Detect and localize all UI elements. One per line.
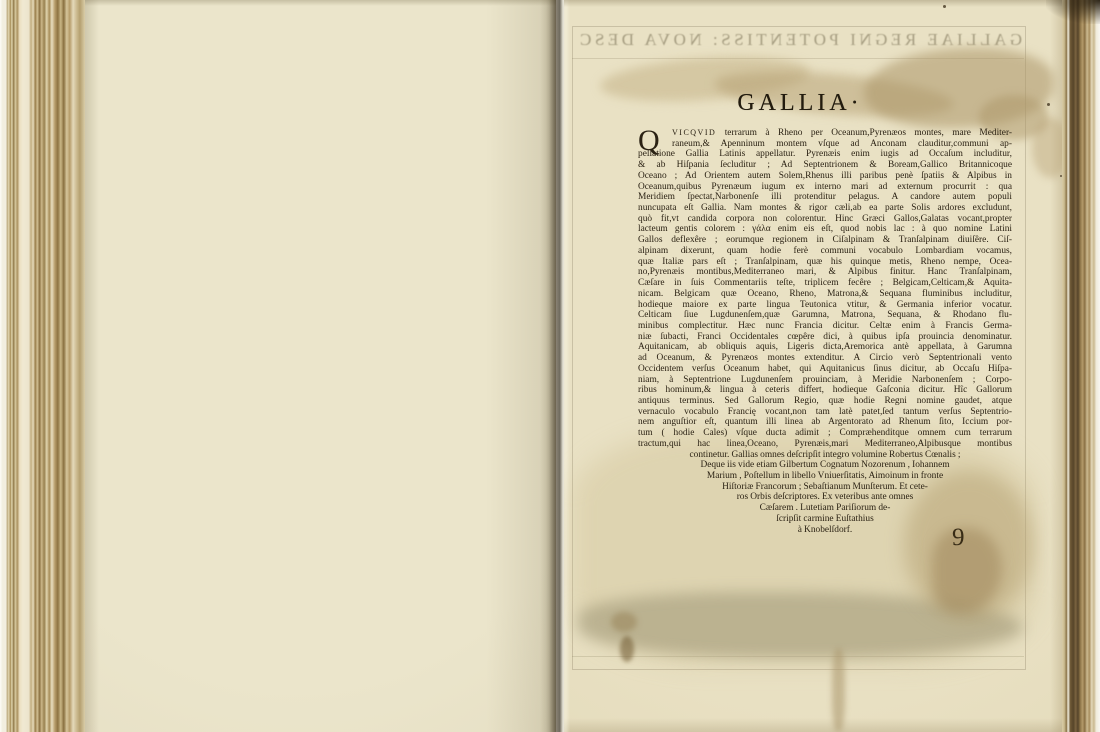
page-title: GALLIA·	[564, 90, 1036, 117]
text-line: tractum,qui hac linea,Oceano, Pyrenæis,m…	[638, 439, 1012, 450]
text-line: no,Pyrenæis montibus,Mediterraneo mari, …	[638, 267, 1012, 278]
text-line: alpinam dixerunt, quam hodie ferè commun…	[638, 246, 1012, 257]
text-line: hodieque maiore ex parte lingua Teutonic…	[638, 300, 1012, 311]
top-right-shadow	[1046, 0, 1100, 24]
text-line: antiquus terminus. Sed Gallorum Regio, q…	[638, 396, 1012, 407]
text-line: raneum,& Apenninum montem vſque ad Ancon…	[638, 139, 1012, 150]
page-number: 9	[952, 524, 965, 552]
paper-stain	[611, 612, 637, 632]
text-line: vernaculo vocabulo Francię vocant,non ta…	[638, 407, 1012, 418]
text-line: pellatione Gallia Latinis appellatur. Py…	[638, 149, 1012, 160]
text-line: quò fit,vt candida corpora non colorentu…	[638, 214, 1012, 225]
text-line: Aquitanicam, ab obliquis aquis, Ligeris …	[638, 342, 1012, 353]
paper-stain	[1032, 118, 1062, 178]
closing-line: Deque iis vide etiam Gilbertum Cognatum …	[638, 460, 1012, 471]
text-line: ribus hominum,& lingua à ceteris differt…	[638, 385, 1012, 396]
text-line: & ab Hiſpania ſecluditur ; Ad Septentrio…	[638, 160, 1012, 171]
left-blank-page	[85, 0, 556, 732]
paper-stain	[832, 648, 845, 732]
text-line: VICQVID terrarum à Rheno per Oceanum,Pyr…	[638, 128, 1012, 139]
right-page: GALLIAE REGNI POTENTISS: NOVA DESC GALLI…	[564, 0, 1062, 732]
text-line: niam, à Septentrione Lugdunenſem prouinc…	[638, 375, 1012, 386]
closing-line: Hiſtoriæ Francorum ; Sebaſtianum Munſter…	[638, 482, 1012, 493]
text-line: ad Oceanum, & Pyrenæos montes extenditur…	[638, 353, 1012, 364]
text-line: nicam. Belgicam quæ Oceano, Rheno, Matro…	[638, 289, 1012, 300]
text-line: nem anguſtior eſt, quantum illi linea ab…	[638, 417, 1012, 428]
drop-cap: Q	[638, 126, 660, 156]
foxing-speck	[943, 5, 946, 8]
closing-line: Marium , Poſtellum in libello Vniuerſita…	[638, 471, 1012, 482]
text-line: quæ Italiæ pars eſt ; Tranſalpinam, quæ …	[638, 257, 1012, 268]
right-page-edges	[1062, 0, 1100, 732]
closing-line: ſcripſit carmine Euſtathius	[638, 514, 1012, 525]
text-line: Celticam ſiue Lugdunenſem,quæ Garumna, M…	[638, 310, 1012, 321]
text-line: Meridiem ſpectat,Narbonenſe illi protend…	[638, 192, 1012, 203]
text-line: Cæſare in ſuis Commentariis teſte, tripl…	[638, 278, 1012, 289]
book-spread-photo: GALLIAE REGNI POTENTISS: NOVA DESC GALLI…	[0, 0, 1100, 732]
text-line: Oceanum,quibus Pyrenæum iugum ex interno…	[638, 182, 1012, 193]
text-line: minibus complectitur. Hæc nunc Francia d…	[638, 321, 1012, 332]
body-text: Q VICQVID terrarum à Rheno per Oceanum,P…	[638, 128, 1012, 535]
text-line: tum ( hodie Cales) vſque ducta adimit ; …	[638, 428, 1012, 439]
text-line: Oceano ; Ad Orientem autem Solem,Rhenus …	[638, 171, 1012, 182]
text-line: nuncupata eſt Gallia. Nam montes & rigor…	[638, 203, 1012, 214]
text-line: Occidentem verſus Oceanum habet, qui Aqu…	[638, 364, 1012, 375]
left-page-edges	[0, 0, 85, 732]
text-line: Gallos deflexêre ; eorumque regionem in …	[638, 235, 1012, 246]
text-line: niæ ſubacti, Franci Occidentales cœpêre …	[638, 332, 1012, 343]
lead-word: VICQVID	[672, 128, 716, 137]
closing-line: ros Orbis deſcriptores. Ex veteribus ant…	[638, 492, 1012, 503]
text-line: lacteum gentis colorem : γάλα enim eis e…	[638, 224, 1012, 235]
closing-line: Cæſarem . Lutetiam Pariſiorum de-	[638, 503, 1012, 514]
foxing-speck	[1047, 103, 1050, 106]
book-gutter	[540, 0, 566, 732]
closing-line: continetur. Gallias omnes deſcripſit int…	[638, 450, 1012, 461]
paper-stain	[620, 636, 634, 662]
